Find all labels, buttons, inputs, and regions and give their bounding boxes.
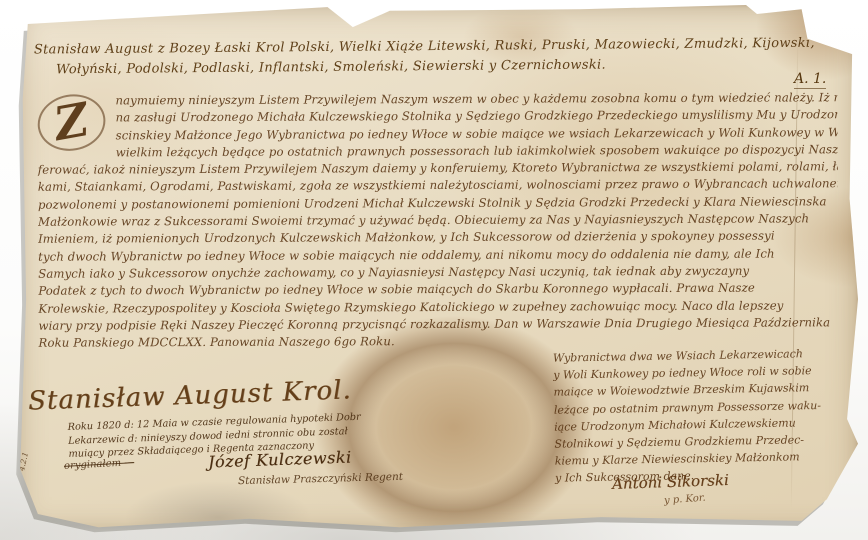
docket-summary: Wybranictwa dwa we Wsiach Lekarzewicach … xyxy=(553,344,860,487)
archival-mark-a1: A. 1. xyxy=(794,71,826,89)
docket-signature-sub: y p. Kor. xyxy=(664,493,706,507)
regent-signature: Stanisław Praszczyński Regent xyxy=(238,471,403,487)
notary-signature: Józef Kulczewski xyxy=(208,448,352,472)
crossed-out-word: oryginałem — xyxy=(64,457,135,472)
privilege-body-text: Z naymuiemy ninieyszym Listem Przywileje… xyxy=(37,89,838,352)
manuscript-page: Stanisław August z Bozey Łaski Krol Pols… xyxy=(16,5,858,533)
drop-cap-initial: Z xyxy=(33,89,110,156)
royal-titulature: Stanisław August z Bozey Łaski Krol Pols… xyxy=(34,33,842,80)
body-line: wiary przy podpisie Ręki Naszey Pieczęć … xyxy=(38,314,838,335)
royal-signature: Stanisław August Krol. xyxy=(28,375,353,416)
photograph-background: Stanisław August z Bozey Łaski Krol Pols… xyxy=(0,0,868,540)
docket-signature: Antoni Sikorski xyxy=(612,471,729,493)
